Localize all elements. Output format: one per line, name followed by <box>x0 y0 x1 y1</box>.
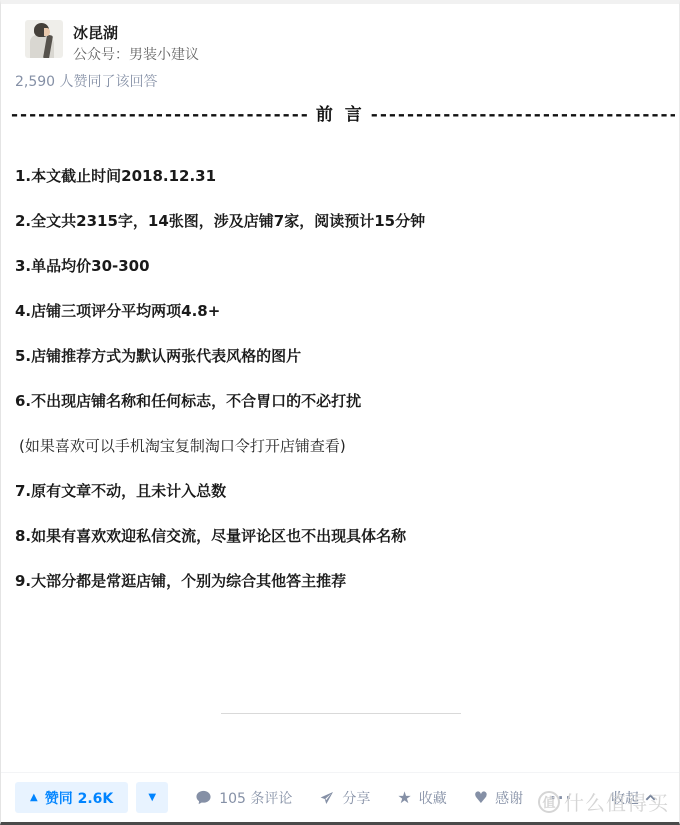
collect-label: 收藏 <box>419 788 447 808</box>
article-paragraph: 4.店铺三项评分平均两项4.8+ <box>15 300 665 322</box>
avatar-face <box>44 28 50 36</box>
upvote-button[interactable]: ▲ 赞同 2.6K <box>15 782 128 813</box>
heading-title: 前 言 <box>316 105 365 125</box>
article-paragraph: 2.全文共2315字，14张图，涉及店铺7家，阅读预计15分钟 <box>15 210 665 232</box>
collect-button[interactable]: ★ 收藏 <box>397 788 446 808</box>
speech-bubble-icon <box>195 789 212 806</box>
article-paragraph: 7.原有文章不动，且未计入总数 <box>15 480 665 502</box>
downvote-button[interactable]: ▼ <box>136 782 168 813</box>
triangle-up-icon: ▲ <box>30 793 38 803</box>
author-headline: 公众号：男装小建议 <box>73 44 199 64</box>
heading-dashes-right: ----------------------------------- <box>371 105 675 125</box>
thank-label: 感谢 <box>495 788 523 808</box>
star-icon: ★ <box>397 790 411 806</box>
collapse-label: 收起 <box>611 788 639 808</box>
content-divider <box>221 713 461 714</box>
thank-button[interactable]: ♥ 感谢 <box>474 788 523 808</box>
paper-plane-icon <box>319 790 335 806</box>
article-body: 1.本文截止时间2018.12.31 2.全文共2315字，14张图，涉及店铺7… <box>15 165 665 615</box>
answer-page: 冰昆湖 公众号：男装小建议 2,590 人赞同了该回答 ------------… <box>0 0 680 825</box>
heart-icon: ♥ <box>474 790 488 806</box>
article-paragraph: 8.如果有喜欢欢迎私信交流，尽量评论区也不出现具体名称 <box>15 525 665 547</box>
upvote-label: 赞同 2.6K <box>45 788 114 808</box>
article-paragraph: 5.店铺推荐方式为默认两张代表风格的图片 <box>15 345 665 367</box>
share-button[interactable]: 分享 <box>319 788 370 808</box>
article-note: (如果喜欢可以手机淘宝复制淘口令打开店铺查看) <box>15 435 665 457</box>
comments-label: 105 条评论 <box>219 788 292 808</box>
more-actions-button[interactable]: ··· <box>550 789 573 807</box>
comments-button[interactable]: 105 条评论 <box>195 788 292 808</box>
ellipsis-icon: ··· <box>550 789 573 807</box>
author-name[interactable]: 冰昆湖 <box>73 22 118 43</box>
article-paragraph: 1.本文截止时间2018.12.31 <box>15 165 665 187</box>
triangle-down-icon: ▼ <box>148 793 156 803</box>
article-paragraph: 9.大部分都是常逛店铺，个别为综合其他答主推荐 <box>15 570 665 592</box>
article-paragraph: 3.单品均价30-300 <box>15 255 665 277</box>
article-paragraph: 6.不出现店铺名称和任何标志，不合胃口的不必打扰 <box>15 390 665 412</box>
share-label: 分享 <box>342 788 370 808</box>
heading-dashes-left: --------------------------------- <box>11 105 310 125</box>
collapse-answer-button[interactable]: 收起 <box>611 788 657 808</box>
section-heading: ---------------------------------前 言----… <box>11 100 675 125</box>
upvote-count-banner: 2,590 人赞同了该回答 <box>15 71 158 91</box>
author-avatar[interactable] <box>25 20 63 58</box>
answer-action-bar: ▲ 赞同 2.6K ▼ 105 条评论 分享 ★ 收藏 ♥ 感谢 ·· <box>1 772 679 822</box>
chevron-up-icon <box>644 791 657 804</box>
